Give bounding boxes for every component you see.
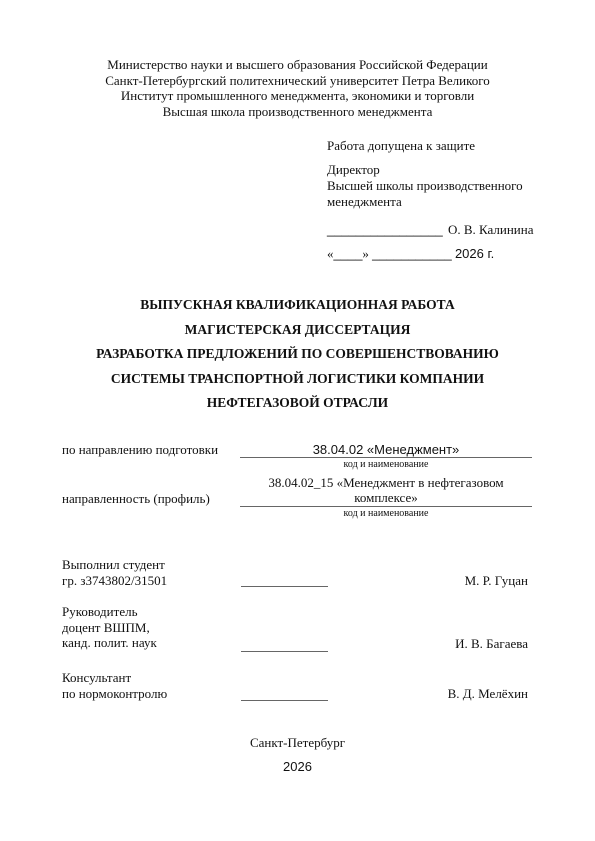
direction-label: по направлению подготовки <box>62 442 218 458</box>
consultant-name: В. Д. Мелёхин <box>448 686 528 702</box>
work-type: ВЫПУСКНАЯ КВАЛИФИКАЦИОННАЯ РАБОТА <box>0 293 595 318</box>
supervisor-role: Руководитель доцент ВШПМ, канд. полит. н… <box>62 604 157 651</box>
direction-underline <box>240 457 532 458</box>
profile-value-line: 38.04.02_15 «Менеджмент в нефтегазовом <box>240 475 532 490</box>
footer-city: Санкт-Петербург <box>0 735 595 751</box>
topic-line: НЕФТЕГАЗОВОЙ ОТРАСЛИ <box>0 391 595 416</box>
institute-line: Институт промышленного менеджмента, экон… <box>0 88 595 104</box>
profile-underline <box>240 506 532 507</box>
topic-line: СИСТЕМЫ ТРАНСПОРТНОЙ ЛОГИСТИКИ КОМПАНИИ <box>0 367 595 392</box>
approval-position: Директор Высшей школы производственного … <box>327 162 523 210</box>
direction-caption: код и наименование <box>240 459 532 470</box>
profile-value: 38.04.02_15 «Менеджмент в нефтегазовом к… <box>240 475 532 505</box>
supervisor-name: И. В. Багаева <box>455 636 528 652</box>
ministry-line: Министерство науки и высшего образования… <box>0 57 595 73</box>
university-line: Санкт-Петербургский политехнический унив… <box>0 73 595 89</box>
supervisor-signature-line[interactable] <box>241 651 328 652</box>
student-group-line: гр. з3743802/31501 <box>62 573 167 589</box>
institution-header: Министерство науки и высшего образования… <box>0 57 595 119</box>
approval-position-line: менеджмента <box>327 194 523 210</box>
date-close-quote: » <box>362 246 369 261</box>
date-day-blank[interactable]: ____ <box>334 246 363 261</box>
approval-admitted: Работа допущена к защите <box>327 138 475 154</box>
profile-label: направленность (профиль) <box>62 491 210 507</box>
direction-value: 38.04.02 «Менеджмент» <box>240 442 532 457</box>
supervisor-role-line: Руководитель <box>62 604 157 620</box>
date-year: 2026 г. <box>455 246 494 261</box>
student-signature-line[interactable] <box>241 586 328 587</box>
student-role-line: Выполнил студент <box>62 557 167 573</box>
consultant-role: Консультант по нормоконтролю <box>62 670 167 701</box>
date-month-blank[interactable]: ___________ <box>372 246 452 261</box>
footer-year: 2026 <box>0 759 595 774</box>
approval-signatory: О. В. Калинина <box>448 222 534 237</box>
approval-position-line: Директор <box>327 162 523 178</box>
supervisor-role-line: доцент ВШПМ, <box>62 620 157 636</box>
profile-caption: код и наименование <box>240 508 532 519</box>
consultant-role-line: Консультант <box>62 670 167 686</box>
profile-value-line: комплексе» <box>240 490 532 505</box>
school-line: Высшая школа производственного менеджмен… <box>0 104 595 120</box>
degree-type: МАГИСТЕРСКАЯ ДИССЕРТАЦИЯ <box>0 318 595 343</box>
topic-line: РАЗРАБОТКА ПРЕДЛОЖЕНИЙ ПО СОВЕРШЕНСТВОВА… <box>0 342 595 367</box>
supervisor-role-line: канд. полит. наук <box>62 635 157 651</box>
approval-position-line: Высшей школы производственного <box>327 178 523 194</box>
student-role: Выполнил студент гр. з3743802/31501 <box>62 557 167 588</box>
approval-date-row: «____» ___________ 2026 г. <box>327 246 494 262</box>
consultant-signature-line[interactable] <box>241 700 328 701</box>
approval-signature-blank[interactable]: ________________ <box>327 222 443 237</box>
approval-signature-row: ________________ О. В. Калинина <box>327 222 533 238</box>
student-name: М. Р. Гуцан <box>465 573 528 589</box>
thesis-title: ВЫПУСКНАЯ КВАЛИФИКАЦИОННАЯ РАБОТА МАГИСТ… <box>0 293 595 416</box>
consultant-role-line: по нормоконтролю <box>62 686 167 702</box>
